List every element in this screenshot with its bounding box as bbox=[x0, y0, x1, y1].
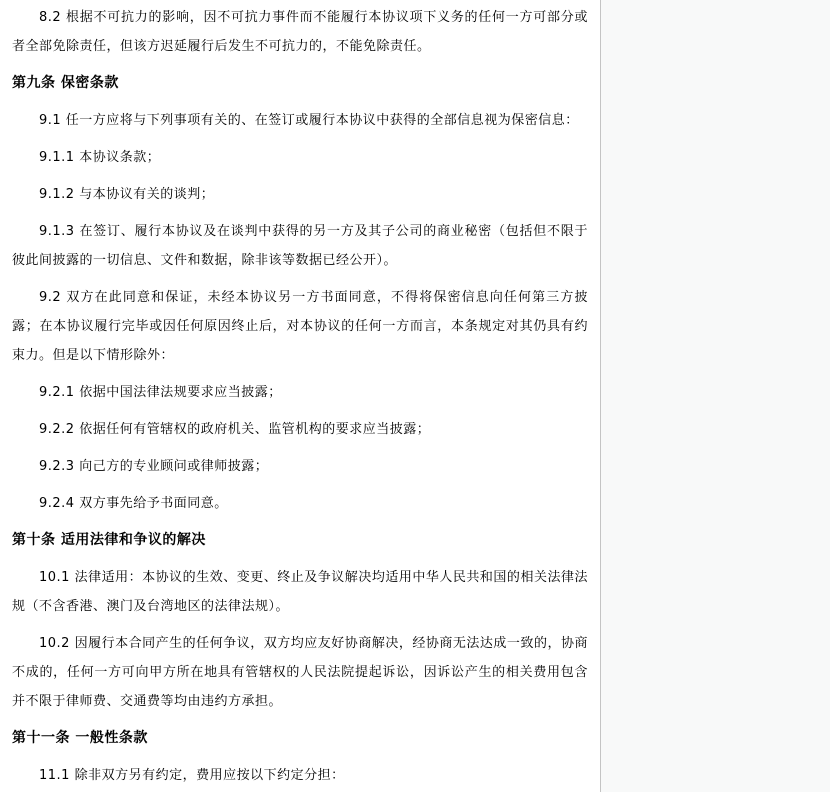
viewport: 8.2 根据不可抗力的影响，因不可抗力事件而不能履行本协议项下义务的任何一方可部… bbox=[0, 0, 830, 792]
paragraph: 9.1 任一方应将与下列事项有关的、在签订或履行本协议中获得的全部信息视为保密信… bbox=[12, 106, 588, 135]
section-heading: 第九条 保密条款 bbox=[12, 69, 588, 98]
paragraph: 9.2.2 依据任何有管辖权的政府机关、监管机构的要求应当披露； bbox=[12, 415, 588, 444]
document-page: 8.2 根据不可抗力的影响，因不可抗力事件而不能履行本协议项下义务的任何一方可部… bbox=[0, 0, 601, 792]
paragraph: 9.1.1 本协议条款； bbox=[12, 143, 588, 172]
section-heading: 第十一条 一般性条款 bbox=[12, 724, 588, 753]
paragraph: 10.2 因履行本合同产生的任何争议，双方均应友好协商解决，经协商无法达成一致的… bbox=[12, 629, 588, 716]
document-content: 8.2 根据不可抗力的影响，因不可抗力事件而不能履行本协议项下义务的任何一方可部… bbox=[12, 3, 588, 790]
section-heading: 第十条 适用法律和争议的解决 bbox=[12, 526, 588, 555]
paragraph: 9.2 双方在此同意和保证，未经本协议另一方书面同意，不得将保密信息向任何第三方… bbox=[12, 283, 588, 370]
paragraph: 8.2 根据不可抗力的影响，因不可抗力事件而不能履行本协议项下义务的任何一方可部… bbox=[12, 3, 588, 61]
paragraph: 11.1 除非双方另有约定，费用应按以下约定分担： bbox=[12, 761, 588, 790]
paragraph: 9.2.4 双方事先给予书面同意。 bbox=[12, 489, 588, 518]
paragraph: 9.2.1 依据中国法律法规要求应当披露； bbox=[12, 378, 588, 407]
paragraph: 9.1.2 与本协议有关的谈判； bbox=[12, 180, 588, 209]
paragraph: 9.1.3 在签订、履行本协议及在谈判中获得的另一方及其子公司的商业秘密（包括但… bbox=[12, 217, 588, 275]
right-panel bbox=[602, 0, 830, 792]
paragraph: 9.2.3 向己方的专业顾问或律师披露； bbox=[12, 452, 588, 481]
paragraph: 10.1 法律适用：本协议的生效、变更、终止及争议解决均适用中华人民共和国的相关… bbox=[12, 563, 588, 621]
